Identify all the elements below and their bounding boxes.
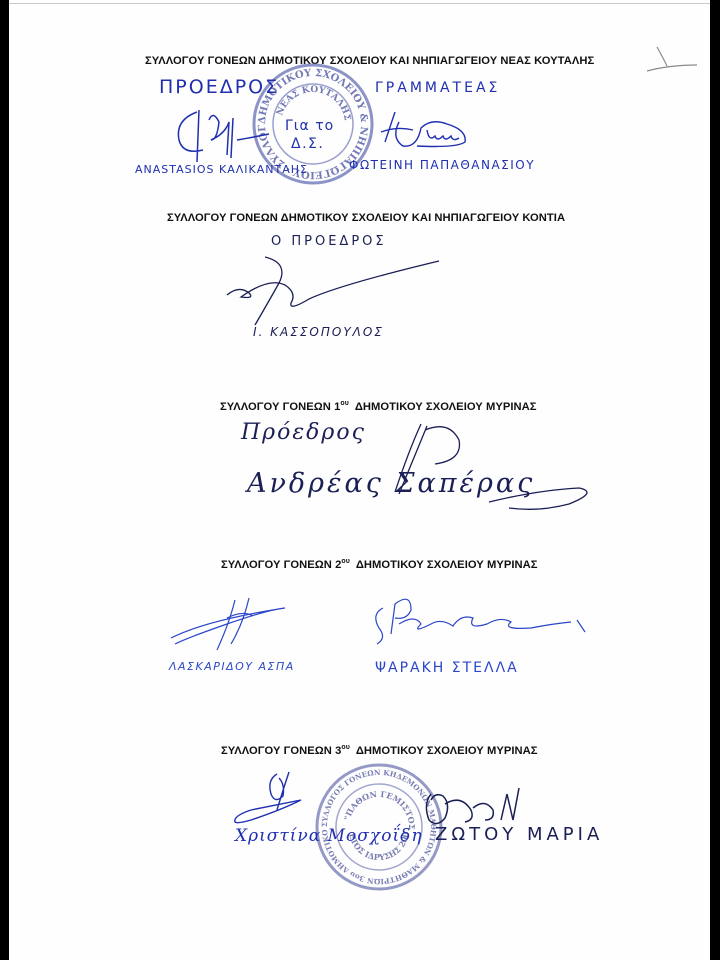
ordinal-suffix: ου [341, 744, 349, 751]
section-heading-2nd-myrina: ΣΥΛΛΟΓΟΥ ΓΟΝΕΩΝ 2ουΔΗΜΟΤΙΚΟΥ ΣΧΟΛΕΙΟΥ ΜΥ… [221, 558, 538, 571]
role-label-secretary: ΓΡΑΜΜΑΤΕΑΣ [375, 80, 500, 96]
signature-moschoidi [231, 770, 311, 830]
section-heading-kontias: ΣΥΛΛΟΓΟΥ ΓΟΝΕΩΝ ΔΗΜΟΤΙΚΟΥ ΣΧΟΛΕΙΟΥ ΚΑΙ Ν… [167, 212, 565, 224]
heading-prefix: ΣΥΛΛΟΓΟΥ ΓΟΝΕΩΝ 1 [220, 401, 340, 413]
heading-suffix: ΔΗΜΟΤΙΚΟΥ ΣΧΟΛΕΙΟΥ ΜΥΡΙΝΑΣ [356, 559, 538, 571]
name-secretary-nea-koutali: ΦΩΤΕΙΝΗ ΠΑΠΑΘΑΝΑΣΙΟΥ [349, 158, 535, 172]
name-president-kontias: Ι. ΚΑΣΣΟΠΟΥΛΟΣ [253, 325, 384, 339]
heading-prefix: ΣΥΛΛΟΓΟΥ ΓΟΝΕΩΝ 2 [221, 559, 341, 571]
scan-edge-line [9, 3, 710, 4]
ordinal-suffix: ου [341, 558, 349, 565]
ordinal-suffix: ου [340, 400, 348, 407]
heading-prefix: ΣΥΛΛΟΓΟΥ ΓΟΝΕΩΝ 3 [221, 745, 341, 757]
role-label-president: ΠΡΟΕΔΡΟΣ [159, 76, 279, 98]
section-heading-3rd-myrina: ΣΥΛΛΟΓΟΥ ΓΟΝΕΩΝ 3ουΔΗΜΟΤΙΚΟΥ ΣΧΟΛΕΙΟΥ ΜΥ… [221, 744, 538, 757]
name-zotou: ΖΩΤΟΥ ΜΑΡΙΑ [435, 824, 603, 845]
role-label-president-kontias: Ο ΠΡΟΕΔΡΟΣ [271, 234, 387, 249]
signature-president-nea-koutali [169, 100, 279, 170]
signature-secretary-nea-koutali [377, 108, 477, 158]
signature-laskaridou [167, 594, 297, 654]
section-heading-1st-myrina: ΣΥΛΛΟΓΟΥ ΓΟΝΕΩΝ 1ουΔΗΜΟΤΙΚΟΥ ΣΧΟΛΕΙΟΥ ΜΥ… [220, 400, 537, 413]
name-moschoidi: Χριστίνα Μοσχοΐδη [235, 826, 423, 846]
name-president-nea-koutali: ANASTASIOS ΚΑΛΙΚΑΝΤΑΗΣ [135, 163, 308, 176]
svg-text:ΝΕΑΣ ΚΟΥΤΑΛΗΣ: ΝΕΑΣ ΚΟΥΤΑΛΗΣ [275, 85, 352, 122]
page-number-mark [639, 44, 709, 74]
signature-president-kontias [219, 255, 449, 335]
note-for-board-line2: Δ.Σ. [291, 136, 324, 152]
heading-suffix: ΔΗΜΟΤΙΚΟΥ ΣΧΟΛΕΙΟΥ ΜΥΡΙΝΑΣ [356, 745, 538, 757]
note-for-board-line1: Για το [285, 118, 334, 134]
heading-suffix: ΔΗΜΟΤΙΚΟΥ ΣΧΟΛΕΙΟΥ ΜΥΡΙΝΑΣ [355, 401, 537, 413]
name-laskaridou: ΛΑΣΚΑΡΙΔΟΥ ΑΣΠΑ [169, 660, 295, 673]
name-psaraki: ΨΑΡΑΚΗ ΣΤΕΛΛΑ [375, 660, 519, 676]
signature-psaraki [371, 594, 601, 654]
scanned-document-page: ΣΥΛΛΟΓΟΥ ΓΟΝΕΩΝ ΔΗΜΟΤΙΚΟΥ ΣΧΟΛΕΙΟΥ ΚΑΙ Ν… [9, 0, 710, 960]
name-president-1st-myrina: Ανδρέας Σαπέρας [247, 468, 535, 499]
